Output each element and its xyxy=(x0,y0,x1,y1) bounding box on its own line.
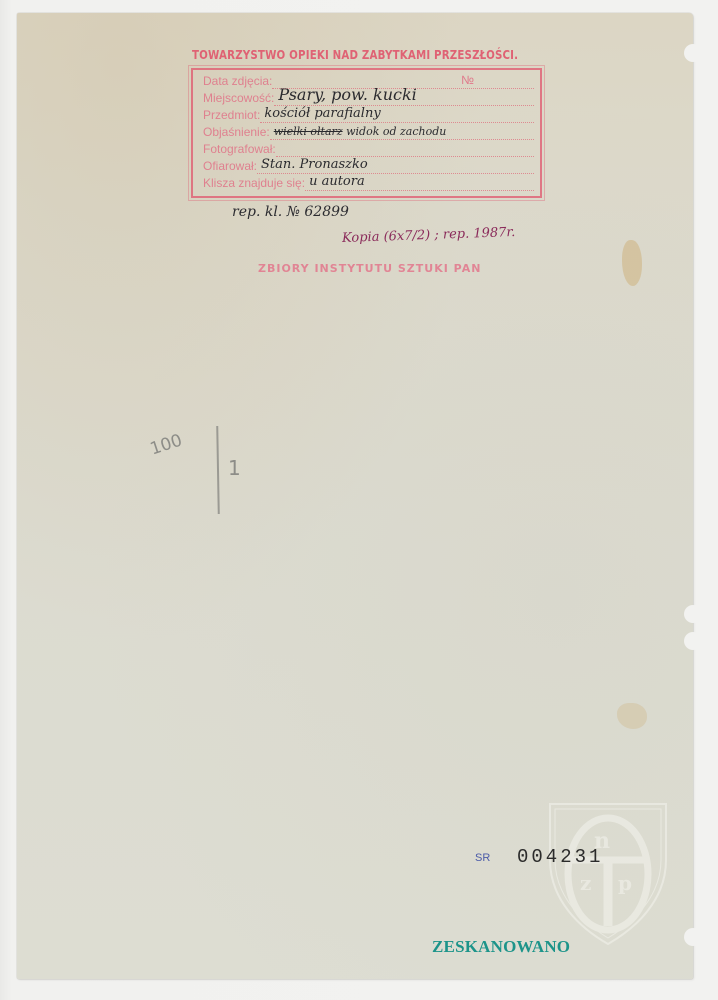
field-label: Ofiarował: xyxy=(203,159,257,174)
field-value: kościół parafialny xyxy=(264,106,380,121)
binder-notch-bottom xyxy=(684,928,702,946)
field-donor: Ofiarował: Stan. Pronaszko xyxy=(203,157,534,174)
field-photographer: Fotografował: xyxy=(203,140,534,157)
embossed-shield-watermark-icon: n z p xyxy=(546,800,670,948)
institute-stamp: ZBIORY INSTYTUTU SZTUKI PAN xyxy=(258,262,481,275)
inventory-prefix: SR xyxy=(475,852,490,864)
field-line: kościół parafialny xyxy=(260,108,534,123)
paper-damage-spot xyxy=(617,703,647,729)
field-line xyxy=(276,142,534,157)
field-label: Objaśnienie: xyxy=(203,125,270,140)
corrected-value: widok od zachodu xyxy=(346,125,446,138)
field-label: Klisza znajduje się: xyxy=(203,176,305,191)
field-location: Miejscowość: Psary, pow. kucki xyxy=(203,89,534,106)
binder-notch-top xyxy=(684,44,702,62)
binder-notch-middle-1 xyxy=(684,605,702,623)
number-mark: № xyxy=(461,73,474,87)
inventory-number: 004231 xyxy=(517,846,603,868)
svg-text:z: z xyxy=(580,871,591,895)
field-negative-location: Klisza znajduje się: u autora xyxy=(203,174,534,191)
field-line: Stan. Pronaszko xyxy=(257,159,534,174)
paper-damage-spot xyxy=(622,240,642,286)
field-value: wielki ołtarz widok od zachodu xyxy=(274,125,447,138)
struck-value: wielki ołtarz xyxy=(274,125,343,138)
binder-notch-middle-2 xyxy=(684,632,702,650)
field-subject: Przedmiot: kościół parafialny xyxy=(203,106,534,123)
field-label: Data zdjęcia: xyxy=(203,74,272,89)
catalog-stamp-box: Data zdjęcia: № Miejscowość: Psary, pow.… xyxy=(191,68,542,198)
field-line: u autora xyxy=(305,176,534,191)
repro-number-note: rep. kl. № 62899 xyxy=(232,204,349,220)
field-label: Miejscowość: xyxy=(203,91,274,106)
field-line: Psary, pow. kucki xyxy=(274,91,534,106)
field-value: Psary, pow. kucki xyxy=(278,85,416,104)
stamp-title: TOWARZYSTWO OPIEKI NAD ZABYTKAMI PRZESZŁ… xyxy=(192,47,484,62)
field-value: u autora xyxy=(309,174,365,189)
svg-text:p: p xyxy=(618,871,632,895)
field-line: wielki ołtarz widok od zachodu xyxy=(270,125,534,140)
field-value: Stan. Pronaszko xyxy=(261,157,368,172)
field-label: Przedmiot: xyxy=(203,108,260,123)
field-label: Fotografował: xyxy=(203,142,276,157)
pencil-fraction: 1 xyxy=(228,456,241,480)
scanned-stamp: ZESKANOWANO xyxy=(432,937,570,957)
field-description: Objaśnienie: wielki ołtarz widok od zach… xyxy=(203,123,534,140)
